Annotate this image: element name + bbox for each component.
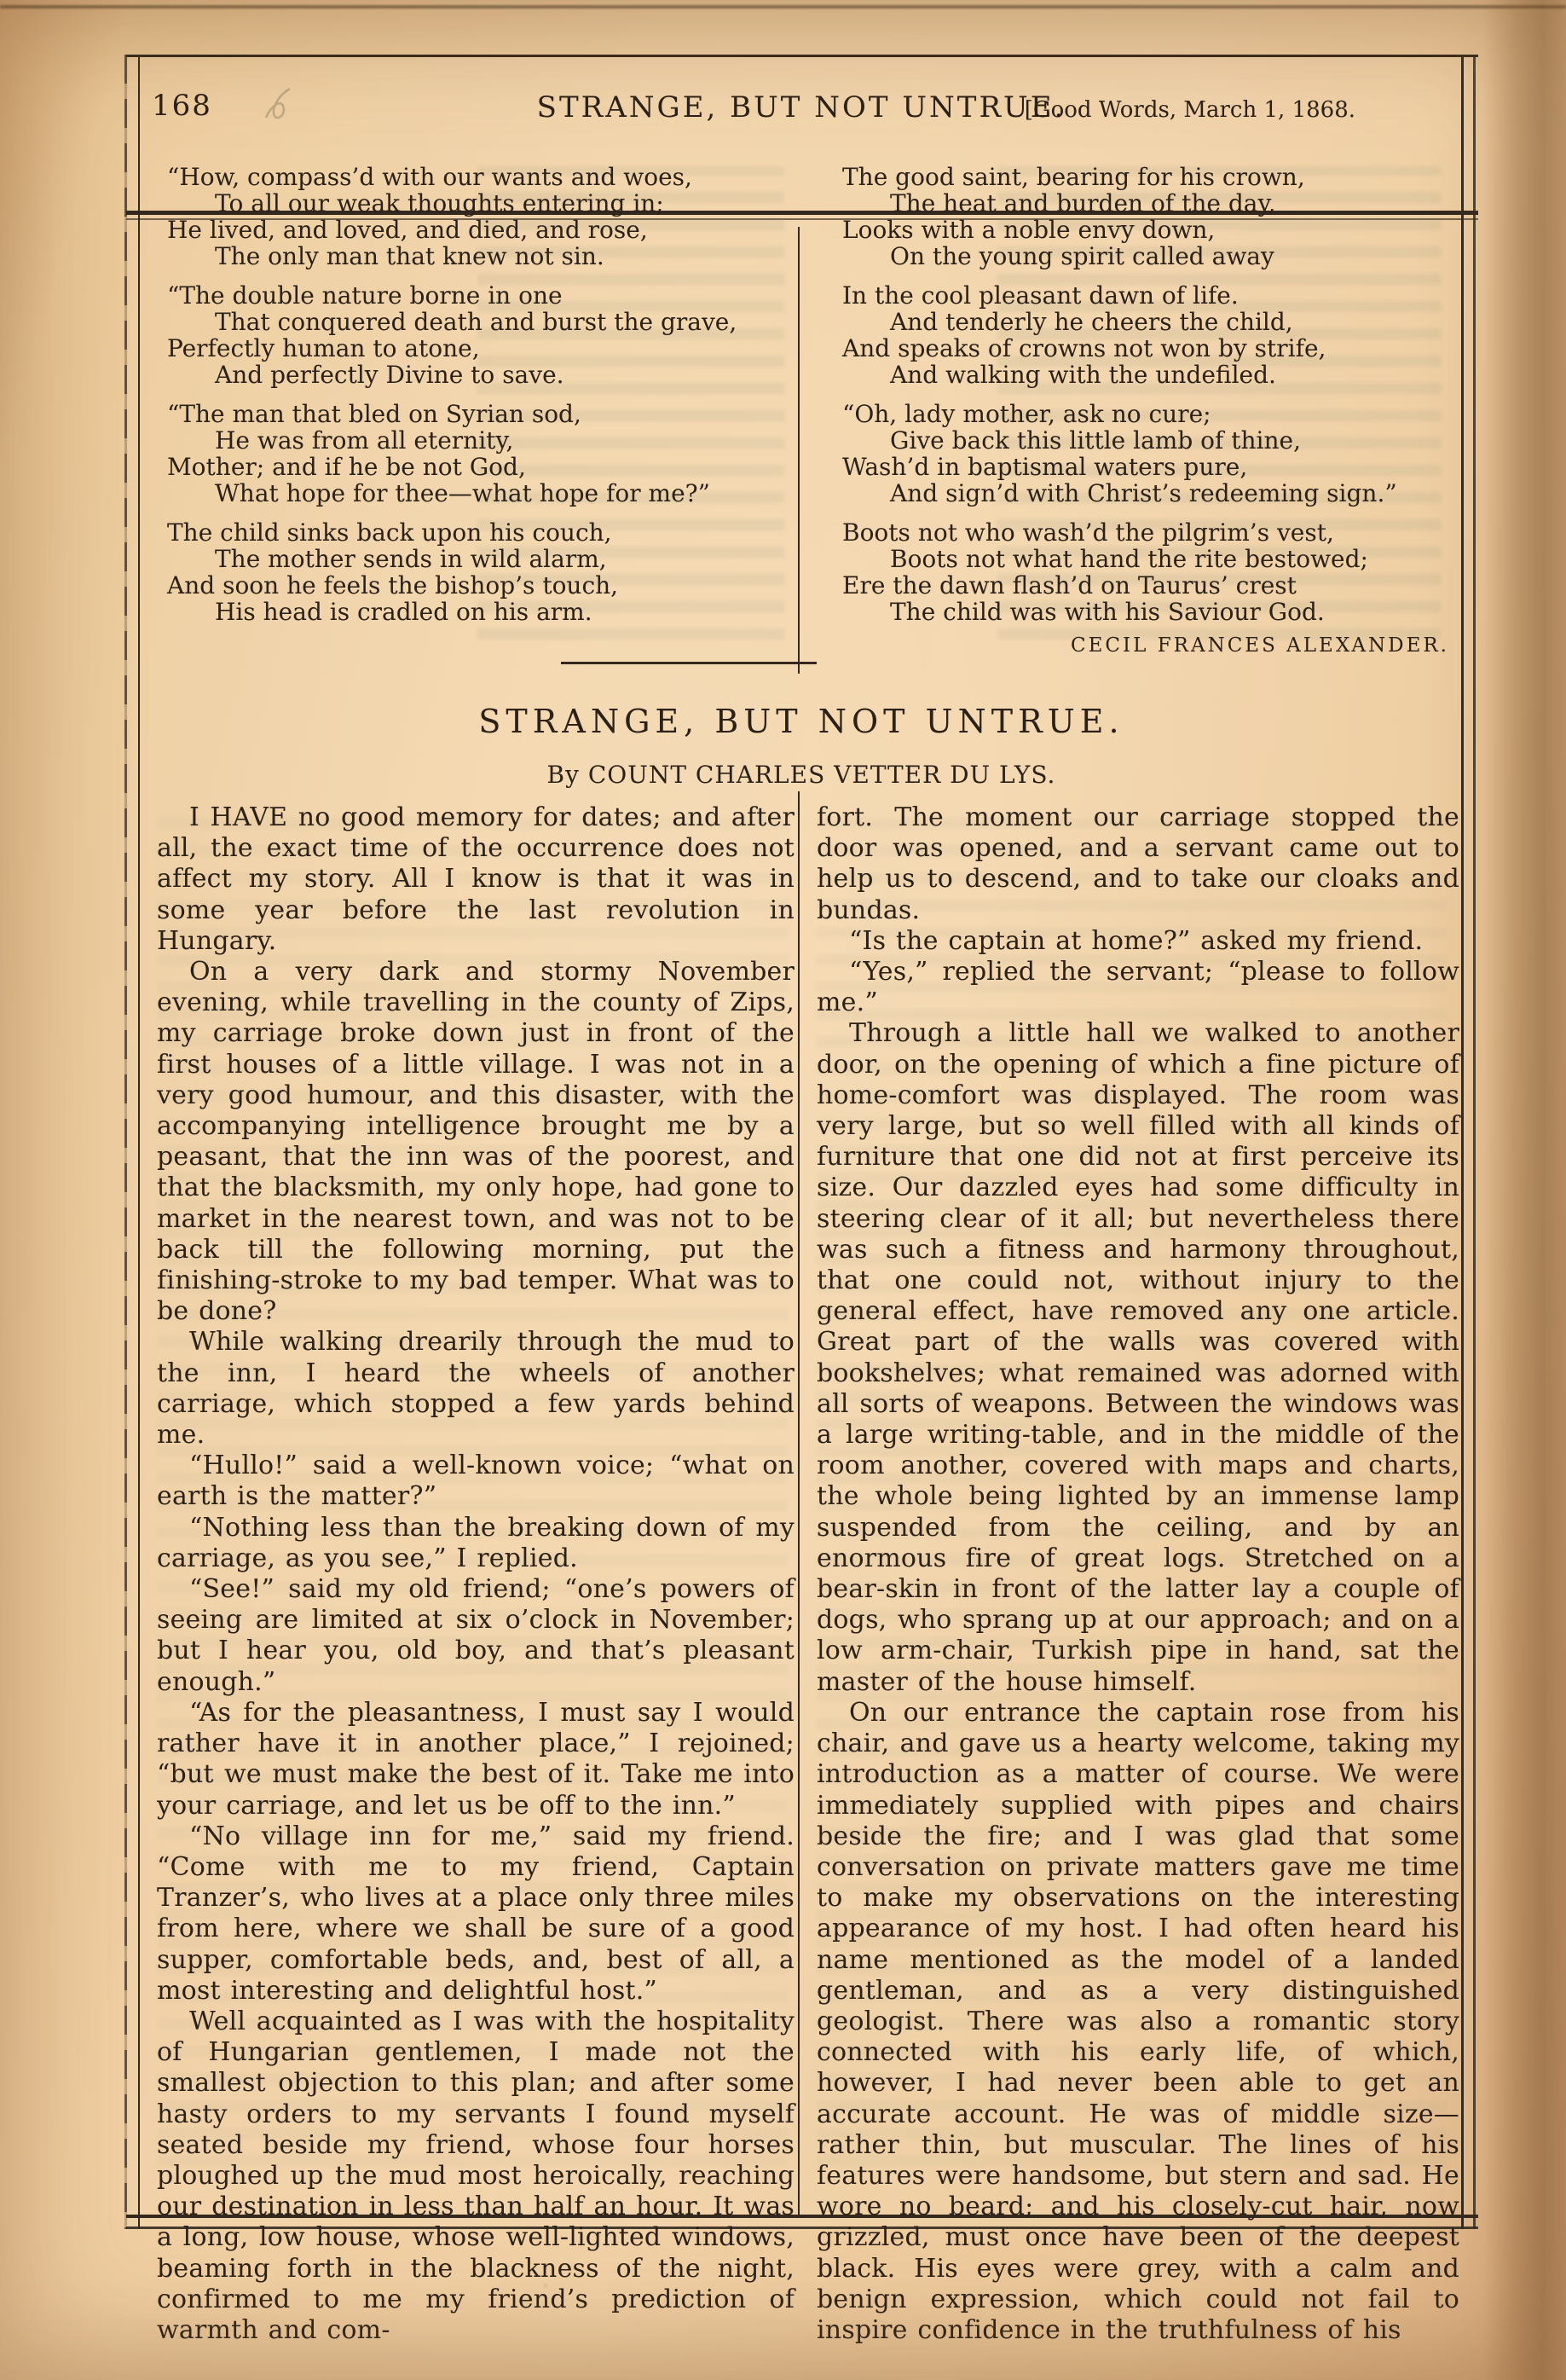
article-paragraph: “Hullo!” said a well-known voice; “what … [157,1451,795,1512]
poem-line: Ere the dawn flash’d on Taurus’ crest [842,572,1465,599]
poem-stanza: “Oh, lady mother, ask no cure;Give back … [842,401,1465,507]
poem-line: And perfectly Divine to save. [167,362,789,388]
poem-line: “The man that bled on Syrian sod, [167,401,789,427]
article-column-right: fort. The moment our carriage stopped th… [817,802,1459,2346]
poem-line: And soon he feels the bishop’s touch, [167,572,789,599]
poem-line: In the cool pleasant dawn of life. [842,282,1465,309]
poem-line: Boots not what hand the rite bestowed; [842,546,1465,572]
poem-line: “Oh, lady mother, ask no cure; [842,401,1465,427]
poem-stanza: Boots not who wash’d the pilgrim’s vest,… [842,519,1465,625]
section-divider-rule [561,662,817,664]
poem-line: The only man that knew not sin. [167,243,789,269]
frame-rule-top [126,55,1478,57]
poem-line: That conquered death and burst the grave… [167,309,789,335]
article-paragraph: While walking drearily through the mud t… [157,1327,795,1451]
page-fold-shadow [1483,0,1566,2380]
poem-line: The good saint, bearing for his crown, [842,164,1465,190]
pencil-mark [246,84,305,128]
article-paragraph: “Is the captain at home?” asked my frien… [817,926,1459,957]
poem-line: And tenderly he cheers the child, [842,309,1465,335]
article-paragraph: Well acquainted as I was with the hospit… [157,2006,795,2346]
poem-line: The heat and burden of the day, [842,190,1465,217]
poem-line: His head is cradled on his arm. [167,599,789,625]
poem-line: Looks with a noble envy down, [842,217,1465,243]
poem-line: What hope for thee—what hope for me?” [167,480,789,507]
poem-line: The child sinks back upon his couch, [167,519,789,546]
poem-line: And sign’d with Christ’s redeeming sign.… [842,480,1465,507]
poem-line: Wash’d in baptismal waters pure, [842,454,1465,480]
poem-stanza: “The man that bled on Syrian sod,He was … [167,401,789,507]
poem-attribution: CECIL FRANCES ALEXANDER. [842,634,1449,657]
frame-rule-left-inner [138,55,140,2229]
poem-column-divider-rule [798,227,800,674]
article-column-left: I HAVE no good memory for dates; and aft… [157,802,795,2346]
poem-stanza: “How, compass’d with our wants and woes,… [167,164,789,269]
poem-line: The child was with his Saviour God. [842,599,1465,625]
article-column-divider-rule [798,791,800,2215]
poem-line: And speaks of crowns not won by strife, [842,335,1465,362]
frame-rule-right-outer [1473,55,1476,2229]
poem-line: Give back this little lamb of thine, [842,427,1465,454]
frame-rule-left-outer [124,55,127,2229]
poem-line: “How, compass’d with our wants and woes, [167,164,789,190]
poem-line: Perfectly human to atone, [167,335,789,362]
poem-line: And walking with the undefiled. [842,362,1465,388]
article-paragraph: On our entrance the captain rose from hi… [817,1698,1459,2346]
poem-column-left: “How, compass’d with our wants and woes,… [167,164,789,638]
article-title: STRANGE, BUT NOT UNTRUE. [358,703,1245,740]
article-paragraph: “As for the pleasantness, I must say I w… [157,1698,795,1821]
page-number: 168 [152,89,212,123]
poem-line: Mother; and if he be not God, [167,454,789,480]
poem-stanza: The child sinks back upon his couch,The … [167,519,789,625]
poem-line: “The double nature borne in one [167,282,789,309]
poem-line: The mother sends in wild alarm, [167,546,789,572]
scanned-book-page: 168 STRANGE, BUT NOT UNTRUE. [Good Words… [0,0,1566,2380]
article-paragraph: fort. The moment our carriage stopped th… [817,802,1459,926]
article-paragraph: I HAVE no good memory for dates; and aft… [157,802,795,957]
article-paragraph: On a very dark and stormy November eveni… [157,957,795,1327]
article-paragraph: “Yes,” replied the servant; “please to f… [817,957,1459,1018]
poem-stanza: In the cool pleasant dawn of life.And te… [842,282,1465,388]
poem-line: To all our weak thoughts entering in; [167,190,789,217]
poem-line: Boots not who wash’d the pilgrim’s vest, [842,519,1465,546]
article-paragraph: “Nothing less than the breaking down of … [157,1513,795,1574]
article-paragraph: “See!” said my old friend; “one’s powers… [157,1574,795,1698]
scan-edge-shadow [0,5,1566,9]
article-byline: By COUNT CHARLES VETTER DU LYS. [358,761,1245,789]
poem-line: On the young spirit called away [842,243,1465,269]
article-paragraph: Through a little hall we walked to anoth… [817,1018,1459,1697]
poem-column-right: The good saint, bearing for his crown,Th… [842,164,1465,638]
poem-stanza: “The double nature borne in oneThat conq… [167,282,789,388]
poem-line: He lived, and loved, and died, and rose, [167,217,789,243]
poem-stanza: The good saint, bearing for his crown,Th… [842,164,1465,269]
issue-caption: [Good Words, March 1, 1868. [980,97,1355,123]
poem-line: He was from all eternity, [167,427,789,454]
article-paragraph: “No village inn for me,” said my friend.… [157,1821,795,2006]
